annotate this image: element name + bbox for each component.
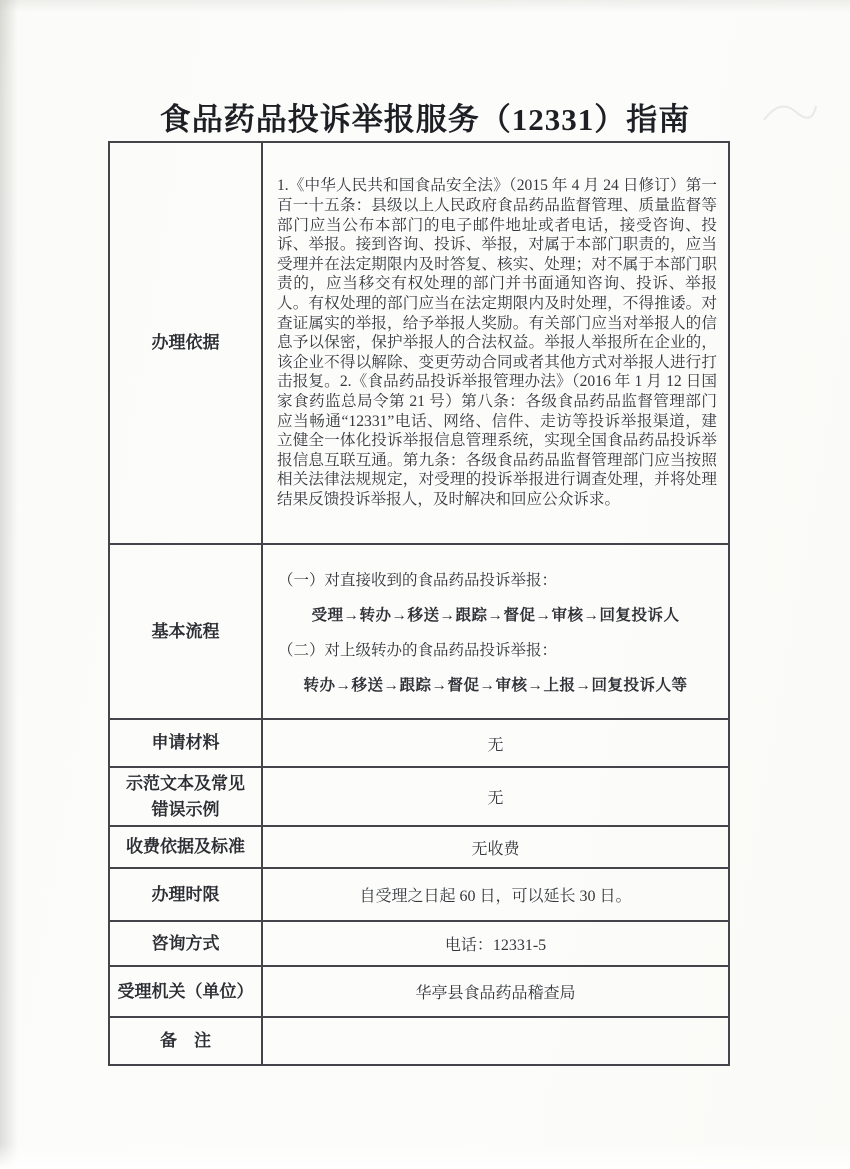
table-row-materials: 申请材料 无 (110, 720, 728, 768)
scanned-paper-background: 食品药品投诉举报服务（12331）指南 办理依据 1.《中华人民共和国食品安全法… (0, 0, 850, 1169)
row-content-remarks (263, 1018, 728, 1064)
row-content-sample-text: 无 (263, 768, 728, 825)
paper-top-edge-shadow (0, 0, 850, 12)
service-guide-table: 办理依据 1.《中华人民共和国食品安全法》（2015 年 4 月 24 日修订）… (108, 141, 730, 1066)
row-label-consultation-method: 咨询方式 (110, 922, 263, 965)
row-label-processing-basis: 办理依据 (110, 143, 263, 543)
row-content-accepting-authority: 华亭县食品药品稽查局 (263, 967, 728, 1016)
process-section-1-heading: （一）对直接收到的食品药品投诉举报： (263, 568, 728, 590)
row-label-application-materials: 申请材料 (110, 720, 263, 766)
paper-left-edge-shadow (0, 0, 18, 1169)
row-content-consultation-method: 电话：12331-5 (263, 922, 728, 965)
table-row-sample-text: 示范文本及常见 错误示例 无 (110, 768, 728, 827)
row-content-application-materials: 无 (263, 720, 728, 766)
process-section-1-flow: 受理→转办→移送→跟踪→督促→审核→回复投诉人 (263, 603, 728, 625)
table-row-fees: 收费依据及标准 无收费 (110, 827, 728, 869)
row-content-basic-process: （一）对直接收到的食品药品投诉举报： 受理→转办→移送→跟踪→督促→审核→回复投… (263, 545, 728, 718)
row-label-remarks: 备 注 (110, 1018, 263, 1064)
page-title: 食品药品投诉举报服务（12331）指南 (0, 94, 850, 139)
row-content-fee-basis: 无收费 (263, 827, 728, 867)
row-content-processing-basis: 1.《中华人民共和国食品安全法》（2015 年 4 月 24 日修订）第一百一十… (263, 143, 728, 543)
table-row-process: 基本流程 （一）对直接收到的食品药品投诉举报： 受理→转办→移送→跟踪→督促→审… (110, 545, 728, 720)
row-content-time-limit: 自受理之日起 60 日，可以延长 30 日。 (263, 869, 728, 920)
table-row-accepting-authority: 受理机关（单位） 华亭县食品药品稽查局 (110, 967, 728, 1018)
row-label-fee-basis: 收费依据及标准 (110, 827, 263, 867)
row-label-time-limit: 办理时限 (110, 869, 263, 920)
table-row-basis: 办理依据 1.《中华人民共和国食品安全法》（2015 年 4 月 24 日修订）… (110, 143, 728, 545)
table-row-consultation: 咨询方式 电话：12331-5 (110, 922, 728, 967)
process-section-2-heading: （二）对上级转办的食品药品投诉举报： (263, 638, 728, 660)
paper-bottom-edge-highlight (0, 1143, 850, 1169)
process-section-2-flow: 转办→移送→跟踪→督促→审核→上报→回复投诉人等 (263, 673, 728, 695)
row-label-basic-process: 基本流程 (110, 545, 263, 718)
table-row-time-limit: 办理时限 自受理之日起 60 日，可以延长 30 日。 (110, 869, 728, 922)
legal-basis-text: 1.《中华人民共和国食品安全法》（2015 年 4 月 24 日修订）第一百一十… (263, 166, 728, 519)
row-label-accepting-authority: 受理机关（单位） (110, 967, 263, 1016)
row-label-sample-text: 示范文本及常见 错误示例 (110, 768, 263, 825)
table-row-remarks: 备 注 (110, 1018, 728, 1064)
